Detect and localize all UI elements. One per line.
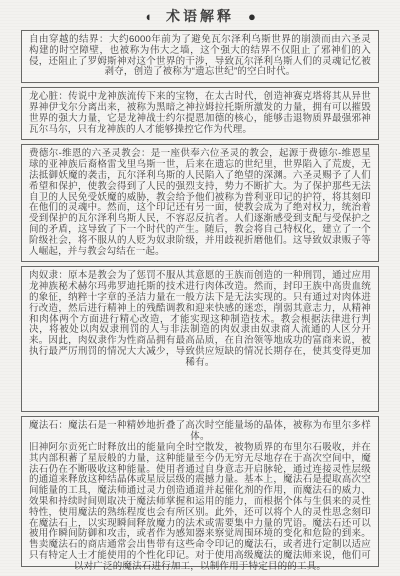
entry-term: 费德尔-维恩的六圣灵教会： xyxy=(29,148,151,159)
entry-term: 龙心脏： xyxy=(29,91,68,102)
page-header: ◖ 术语解释 ● xyxy=(0,0,400,27)
entry-term: 魔法石： xyxy=(29,420,68,431)
filled-circle-icon: ● xyxy=(248,10,256,23)
entry-body: 是一座供奉六位圣灵的教会，起源于费德尔-维恩星球的亚神族后裔格雷戈里乌斯一世，后… xyxy=(29,148,371,256)
entry-paragraph: 魔法石：魔法石是一种精妙地折叠了高次时空能量场的晶体，被称为布里尔多样体。 xyxy=(29,421,371,443)
glossary-page: ◖ 术语解释 ● 自由穿越的结界：大约6000年前为了避免瓦尔泽利乌斯世界的崩溃… xyxy=(0,0,400,576)
entry-free-passage-barrier: 自由穿越的结界：大约6000年前为了避免瓦尔泽利乌斯世界的崩溃而由六圣灵构建的时… xyxy=(21,30,379,83)
entry-paragraph: 肉奴隶：原本是教会为了惩罚不服从其意愿的王族而创造的一种刑罚，通过应用龙神族秘术… xyxy=(29,271,371,368)
entry-six-holy-spirits-church: 费德尔-维恩的六圣灵教会：是一座供奉六位圣灵的教会，起源于费德尔-维恩星球的亚神… xyxy=(21,144,379,262)
entry-body: 原本是教会为了惩罚不服从其意愿的王族而创造的一种刑罚，通过应用龙神族秘术赫尔玛弗… xyxy=(29,270,371,367)
entry-paragraph: 自由穿越的结界：大约6000年前为了避免瓦尔泽利乌斯世界的崩溃而由六圣灵构建的时… xyxy=(29,35,371,78)
entry-dragon-heart: 龙心脏：传说中龙神族流传下来的宝物，在太古时代，创造神赛克塔将其从异世界神伊戈尔… xyxy=(21,87,379,140)
entry-term: 肉奴隶： xyxy=(29,270,68,281)
half-circle-icon: ◖ xyxy=(144,10,152,23)
entry-body: 魔法石是一种精妙地折叠了高次时空能量场的晶体，被称为布里尔多样体。 xyxy=(68,420,371,442)
entry-magic-stone: 魔法石：魔法石是一种精妙地折叠了高次时空能量场的晶体，被称为布里尔多样体。 旧神… xyxy=(21,416,379,567)
entry-flesh-slave: 肉奴隶：原本是教会为了惩罚不服从其意愿的王族而创造的一种刑罚，通过应用龙神族秘术… xyxy=(21,266,379,412)
entry-paragraph-2: 旧神阿尔贡死亡时释放出的能量向全时空散发，被物质界的布里尔石吸收，并在其内部积蓄… xyxy=(29,443,371,573)
entry-body: 传说中龙神族流传下来的宝物，在太古时代，创造神赛克塔将其从异世界神伊戈尔分离出来… xyxy=(29,91,371,134)
entry-paragraph: 龙心脏：传说中龙神族流传下来的宝物，在太古时代，创造神赛克塔将其从异世界神伊戈尔… xyxy=(29,92,371,135)
entry-term: 自由穿越的结界： xyxy=(29,34,109,45)
glossary-entries: 自由穿越的结界：大约6000年前为了避免瓦尔泽利乌斯世界的崩溃而由六圣灵构建的时… xyxy=(0,27,400,567)
entry-paragraph: 费德尔-维恩的六圣灵教会：是一座供奉六位圣灵的教会，起源于费德尔-维恩星球的亚神… xyxy=(29,149,371,257)
page-title: 术语解释 xyxy=(166,6,234,26)
entry-body-2: 旧神阿尔贡死亡时释放出的能量向全时空散发，被物质界的布里尔石吸收，并在其内部积蓄… xyxy=(29,442,371,572)
